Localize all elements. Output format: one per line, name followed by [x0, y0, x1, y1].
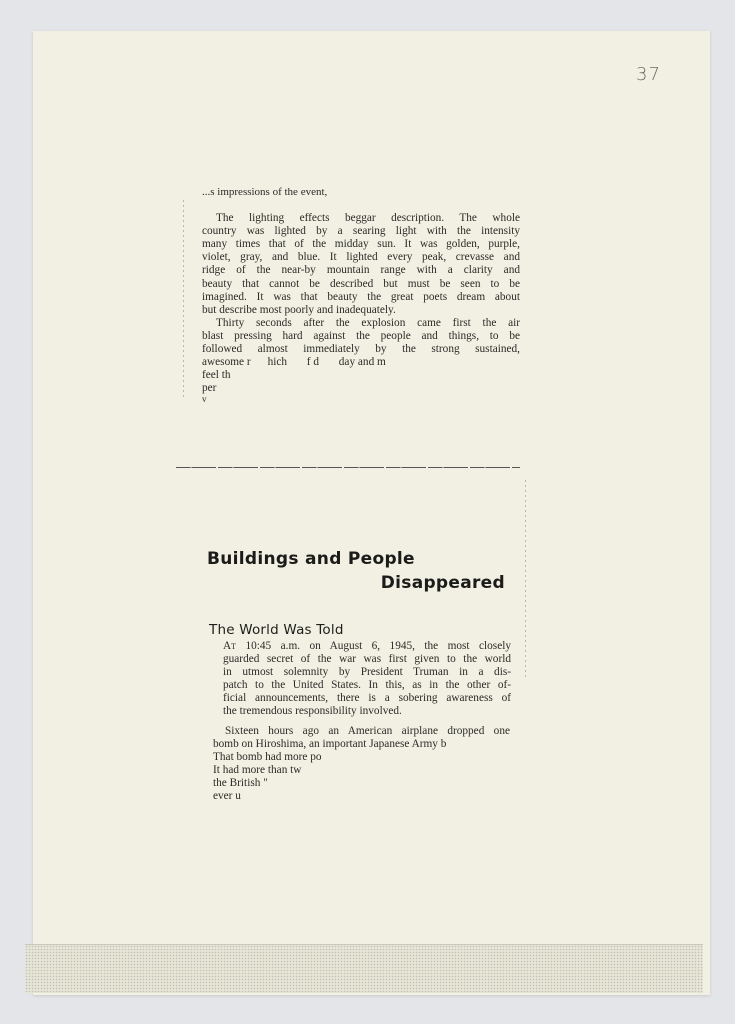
headline-line-1: Buildings and People [207, 547, 507, 571]
text-line: country was lighted by a searing light w… [202, 225, 520, 238]
intro-smallcaps: At [223, 640, 236, 652]
text-line: the tremendous responsibility involved. [223, 705, 511, 718]
clipping-cut-line [176, 467, 520, 468]
text-line: Sixteen hours ago an American airplane d… [213, 725, 510, 738]
text-line-content: 10:45 a.m. on August 6, 1945, the most c… [245, 640, 511, 652]
text-line: ficial announcements, there is a soberin… [223, 692, 511, 705]
text-line: Thirty seconds after the explosion came … [202, 317, 520, 330]
text-line: violet, gray, and blue. It lighted every… [202, 251, 520, 264]
text-line: imagined. It was that beauty the great p… [202, 291, 520, 304]
paragraph-lighting: The lighting effects beggar description.… [202, 212, 520, 317]
text-line: ridge of the near-by mountain range with… [202, 264, 520, 277]
text-line: many times that of the midday sun. It wa… [202, 238, 520, 251]
text-line-fragment: feel th [202, 369, 520, 382]
text-line: but describe most poorly and inadequatel… [202, 304, 520, 317]
text-line-fragment: the British " [213, 777, 510, 790]
halftone-strip [25, 944, 703, 993]
text-line: blast pressing hard against the people a… [202, 330, 520, 343]
clipping-edge-right-bottom [525, 480, 526, 680]
text-line: guarded secret of the war was first give… [223, 653, 511, 666]
paragraph-blast: Thirty seconds after the explosion came … [202, 317, 520, 404]
text-line-fragment: awesome r hich f d day and m [202, 356, 520, 369]
document-page [33, 31, 710, 995]
text-line: in utmost solemnity by President Truman … [223, 666, 511, 679]
article-intro: At 10:45 a.m. on August 6, 1945, the mos… [223, 640, 511, 718]
text-line-fragment: ever u [213, 790, 510, 803]
text-line: beauty that cannot be described but must… [202, 278, 520, 291]
lead-fragment: ...s impressions of the event, [202, 186, 520, 199]
text-line: The lighting effects beggar description.… [202, 212, 520, 225]
text-line-fragment: It had more than tw [213, 764, 510, 777]
article-quote: Sixteen hours ago an American airplane d… [213, 725, 510, 804]
text-line: patch to the United States. In this, as … [223, 679, 511, 692]
text-line: followed almost immediately by the stron… [202, 343, 520, 356]
text-line: At 10:45 a.m. on August 6, 1945, the mos… [223, 640, 511, 653]
text-line-fragment: That bomb had more po [213, 751, 510, 764]
text-line: bomb on Hiroshima, an important Japanese… [213, 738, 510, 751]
top-clipping: ...s impressions of the event, The light… [202, 186, 520, 403]
page-number: 37 [636, 64, 661, 85]
article-headline: Buildings and People Disappeared [207, 547, 507, 595]
text-line-fragment: per [202, 382, 520, 395]
text-line-fragment: v [202, 395, 520, 403]
article-subheading: The World Was Told [209, 622, 344, 638]
clipping-edge-left-top [183, 200, 184, 400]
headline-line-2: Disappeared [207, 571, 507, 595]
